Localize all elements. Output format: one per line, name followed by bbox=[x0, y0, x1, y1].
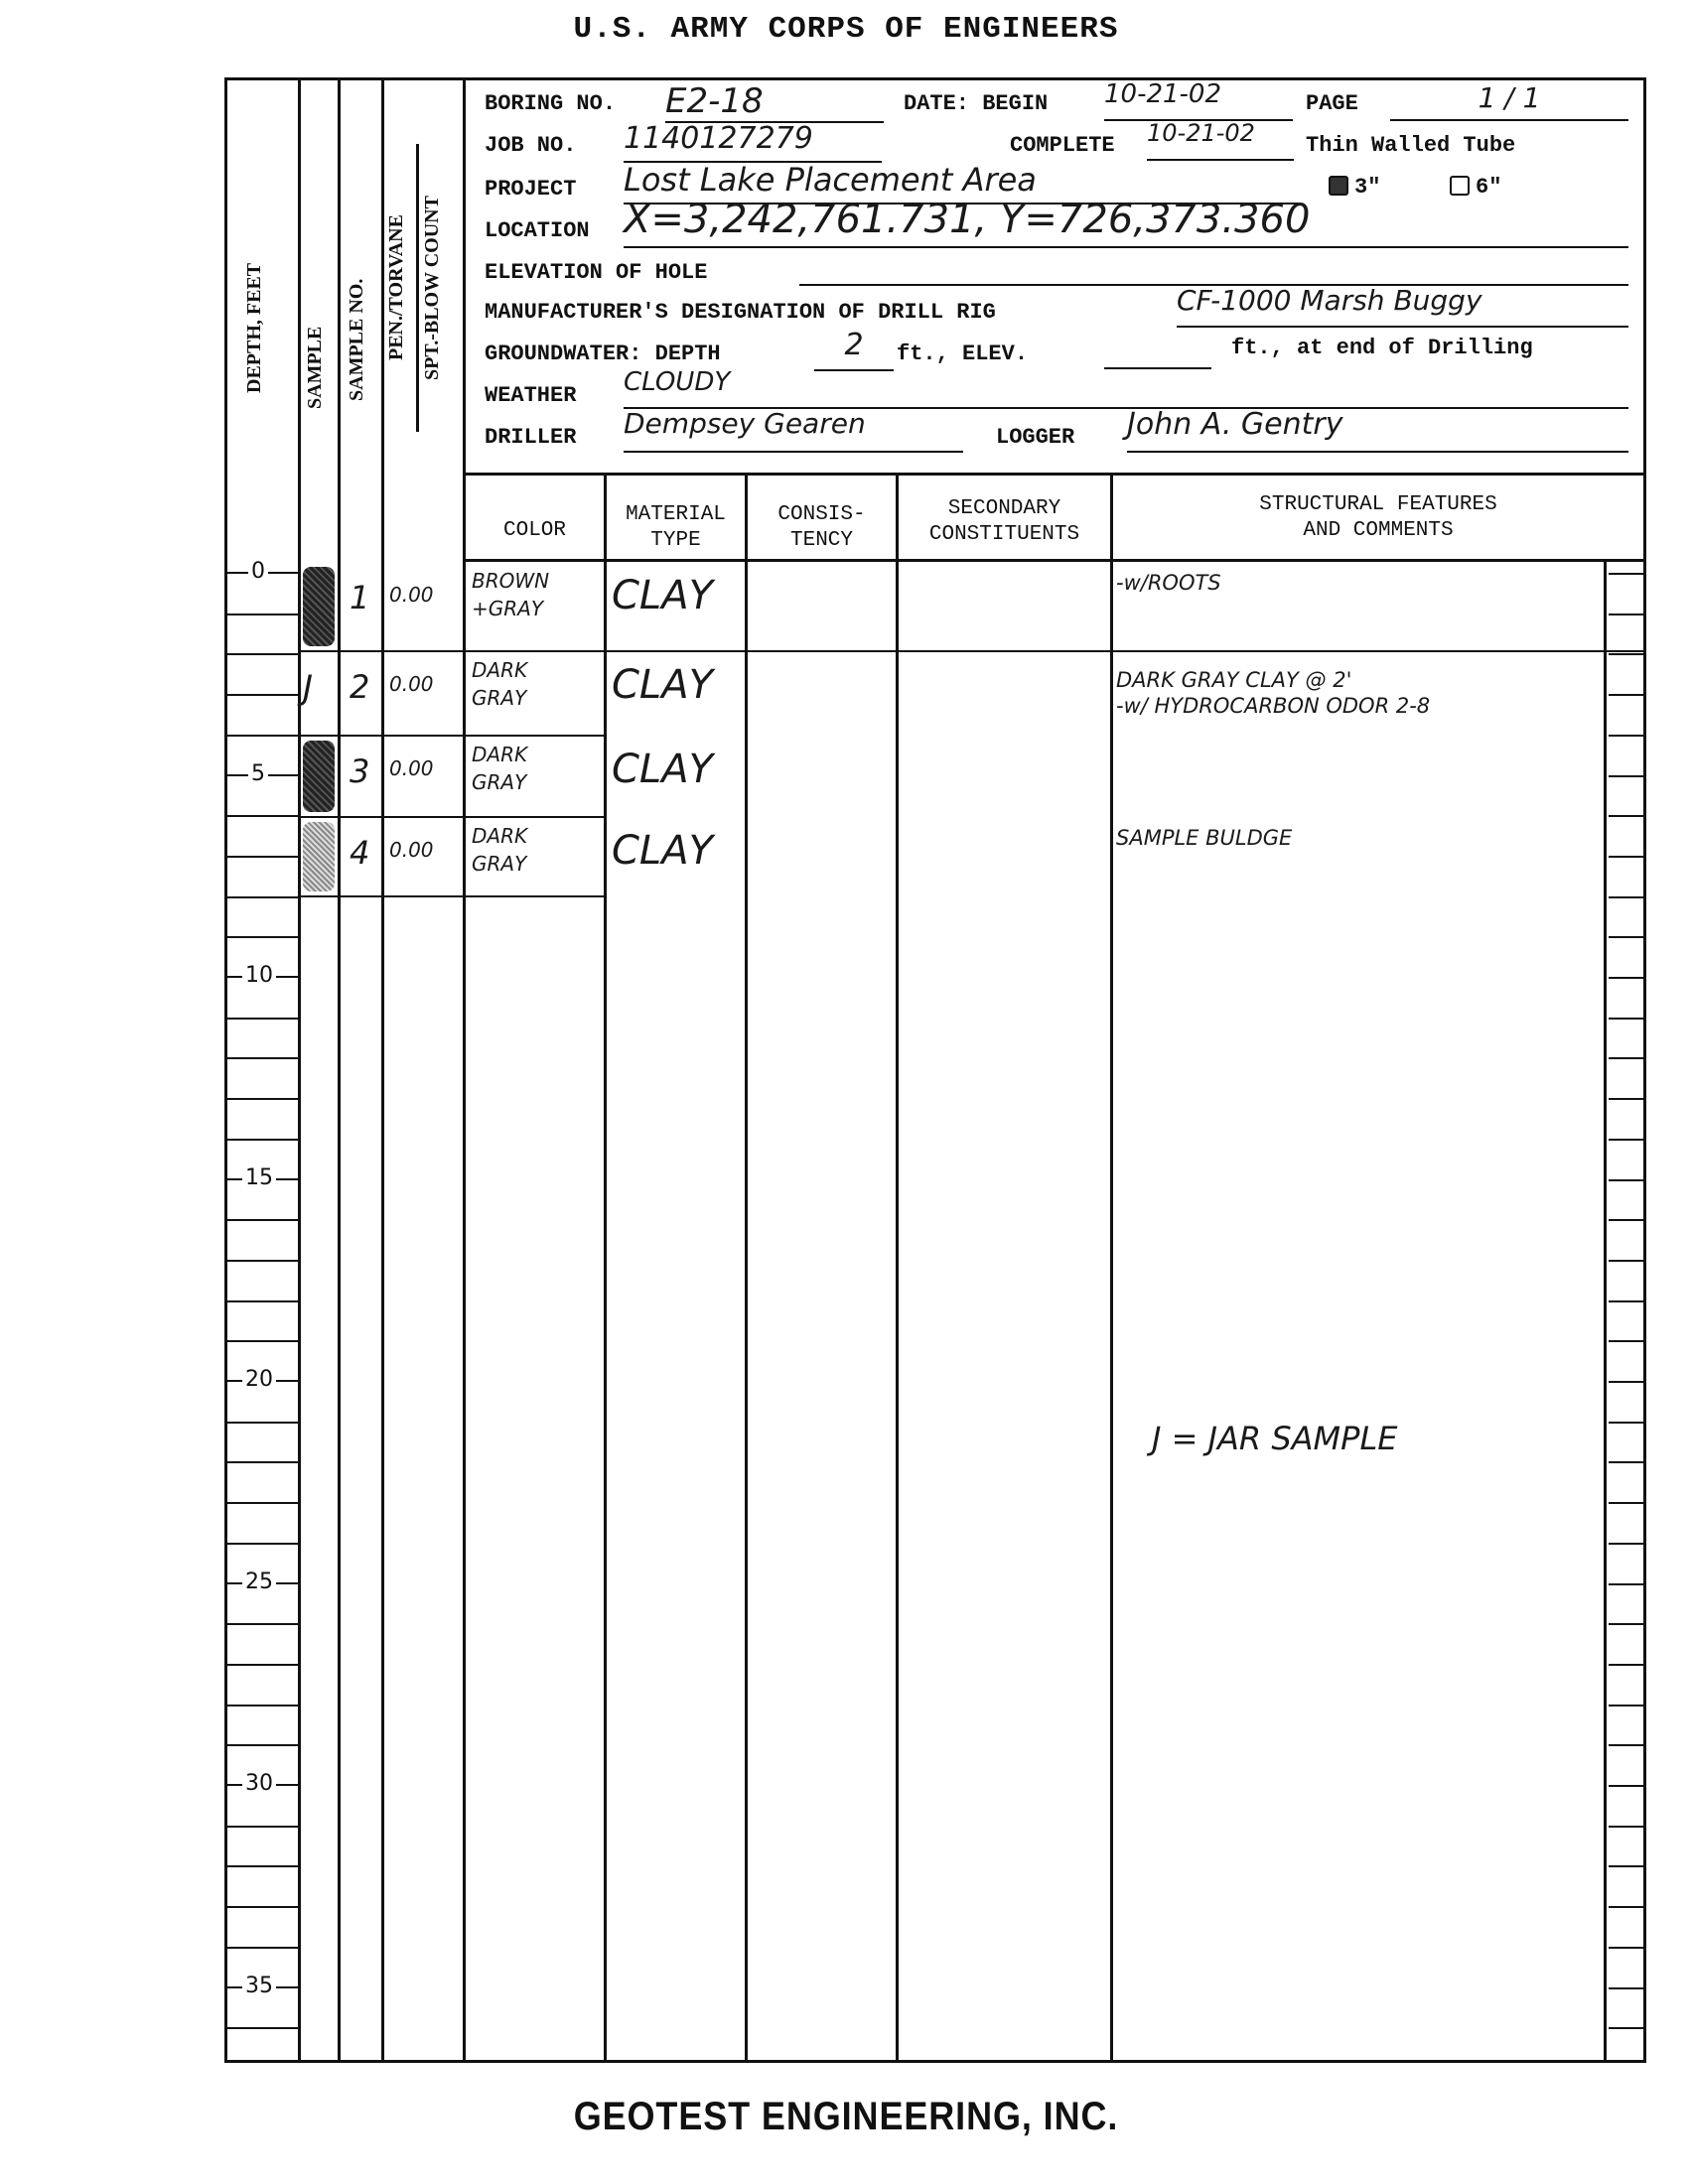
right-scale-tick bbox=[1609, 1947, 1644, 1949]
right-scale-tick bbox=[1609, 694, 1644, 696]
right-scale-tick bbox=[1609, 1623, 1644, 1625]
table-header-bottom-line bbox=[463, 559, 1646, 562]
comment-value: -w/ROOTS bbox=[1116, 571, 1221, 595]
pen-value: 0.00 bbox=[389, 756, 434, 780]
divider-sample-sampleno bbox=[338, 77, 341, 2063]
depth-gridline bbox=[227, 1502, 298, 1504]
location-field[interactable]: X=3,242,761.731, Y=726,373.360 bbox=[624, 197, 1628, 248]
comment-value: SAMPLE BULDGE bbox=[1116, 826, 1292, 850]
elevation-label: ELEVATION OF HOLE bbox=[485, 260, 707, 285]
page-label: PAGE bbox=[1306, 91, 1358, 116]
right-scale-tick bbox=[1609, 1744, 1644, 1746]
material-value: CLAY bbox=[612, 828, 713, 874]
depth-gridline bbox=[227, 1422, 298, 1424]
depth-gridline bbox=[227, 896, 298, 898]
color-value: BROWN bbox=[472, 569, 549, 593]
depth-gridline bbox=[227, 1543, 298, 1545]
depth-gridline bbox=[227, 1744, 298, 1746]
job-no-label: JOB NO. bbox=[485, 133, 576, 158]
color-value-2: GRAY bbox=[472, 770, 526, 794]
divider-structural-scale bbox=[1604, 561, 1607, 2063]
right-scale-tick bbox=[1609, 1219, 1644, 1221]
jar-sample-note: J = JAR SAMPLE bbox=[1152, 1420, 1397, 1457]
divider-material-consistency bbox=[745, 475, 748, 2063]
color-value-2: +GRAY bbox=[472, 597, 543, 620]
right-scale-tick bbox=[1609, 1543, 1644, 1545]
depth-tick-label: 20 bbox=[242, 1367, 276, 1392]
driller-field[interactable]: Dempsey Gearen bbox=[624, 407, 963, 453]
logger-field[interactable]: John A. Gentry bbox=[1127, 407, 1628, 453]
right-scale-tick bbox=[1609, 1461, 1644, 1463]
groundwater-elev-field[interactable] bbox=[1104, 338, 1211, 369]
groundwater-depth-label: GROUNDWATER: DEPTH bbox=[485, 341, 721, 366]
header-sample: SAMPLE bbox=[304, 308, 334, 427]
header-spt-blow-count: SPT.-BLOW COUNT bbox=[421, 144, 449, 432]
agency-title: U.S. ARMY CORPS OF ENGINEERS bbox=[0, 12, 1692, 47]
right-scale-tick bbox=[1609, 653, 1644, 655]
weather-label: WEATHER bbox=[485, 383, 576, 408]
sample-number: 2 bbox=[350, 668, 369, 706]
right-scale-tick bbox=[1609, 1260, 1644, 1262]
pen-value: 0.00 bbox=[389, 838, 434, 862]
groundwater-elev-label: ft., ELEV. bbox=[897, 341, 1028, 366]
drill-rig-label: MANUFACTURER'S DESIGNATION OF DRILL RIG bbox=[485, 300, 996, 325]
depth-gridline bbox=[227, 1906, 298, 1908]
depth-gridline bbox=[227, 1826, 298, 1828]
color-value-2: GRAY bbox=[472, 852, 526, 876]
right-scale-tick bbox=[1609, 977, 1644, 979]
depth-gridline bbox=[227, 1865, 298, 1867]
elevation-field[interactable] bbox=[799, 254, 1628, 286]
divider-pen-main bbox=[463, 77, 466, 2063]
sample-mark: J bbox=[303, 668, 313, 708]
color-value-2: GRAY bbox=[472, 686, 526, 710]
depth-gridline bbox=[227, 2027, 298, 2029]
depth-gridline bbox=[227, 1461, 298, 1463]
sample-row-divider bbox=[298, 816, 606, 818]
depth-gridline bbox=[227, 1018, 298, 1020]
right-scale-tick bbox=[1609, 1826, 1644, 1828]
depth-tick-label: 10 bbox=[242, 963, 276, 988]
drill-rig-field[interactable]: CF-1000 Marsh Buggy bbox=[1177, 284, 1628, 328]
divider-color-material bbox=[604, 475, 607, 2063]
boring-no-label: BORING NO. bbox=[485, 91, 616, 116]
depth-gridline bbox=[227, 1260, 298, 1262]
driller-label: DRILLER bbox=[485, 425, 576, 450]
right-scale-tick bbox=[1609, 1785, 1644, 1787]
depth-gridline bbox=[227, 1664, 298, 1666]
sample-number: 1 bbox=[350, 579, 369, 616]
depth-gridline bbox=[227, 1219, 298, 1221]
company-footer: GEOTEST ENGINEERING, INC. bbox=[84, 2095, 1608, 2139]
date-complete-field[interactable]: 10-21-02 bbox=[1147, 119, 1294, 161]
divider-sampleno-pen bbox=[381, 77, 384, 2063]
right-scale-tick bbox=[1609, 1381, 1644, 1383]
table-header-top-line bbox=[463, 473, 1646, 476]
sample-row-divider bbox=[298, 650, 1644, 652]
depth-gridline bbox=[227, 1139, 298, 1141]
pen-value: 0.00 bbox=[389, 583, 434, 607]
page-field[interactable]: 1 / 1 bbox=[1390, 81, 1628, 121]
depth-gridline bbox=[227, 614, 298, 615]
right-scale-tick bbox=[1609, 1664, 1644, 1666]
right-scale-tick bbox=[1609, 735, 1644, 737]
col-header-structural: STRUCTURAL FEATURESAND COMMENTS bbox=[1113, 492, 1643, 544]
sample-row-divider bbox=[298, 895, 606, 897]
right-scale-tick bbox=[1609, 1422, 1644, 1424]
depth-gridline bbox=[227, 936, 298, 938]
col-header-consistency: CONSIS-TENCY bbox=[748, 502, 896, 554]
right-scale-tick bbox=[1609, 573, 1644, 575]
depth-gridline bbox=[227, 1623, 298, 1625]
right-scale-tick bbox=[1609, 775, 1644, 777]
col-header-secondary: SECONDARYCONSTITUENTS bbox=[899, 496, 1110, 548]
checkbox-6in-icon[interactable] bbox=[1450, 176, 1470, 196]
right-scale-tick bbox=[1609, 1098, 1644, 1100]
col-header-material: MATERIALTYPE bbox=[607, 502, 745, 554]
divider-secondary-structural bbox=[1110, 475, 1113, 2063]
depth-tick-label: 0 bbox=[248, 559, 268, 584]
sample-recovery-marker bbox=[303, 822, 335, 891]
sample-number: 4 bbox=[350, 834, 369, 872]
right-scale-tick bbox=[1609, 2027, 1644, 2029]
right-scale-tick bbox=[1609, 856, 1644, 858]
complete-label: COMPLETE bbox=[1010, 133, 1115, 158]
color-value: DARK bbox=[472, 743, 527, 766]
material-value: CLAY bbox=[612, 573, 713, 618]
divider-depth-sample bbox=[298, 77, 301, 2063]
right-scale-tick bbox=[1609, 1300, 1644, 1302]
depth-gridline bbox=[227, 815, 298, 817]
right-scale-tick bbox=[1609, 1018, 1644, 1020]
header-depth: DEPTH, FEET bbox=[243, 228, 273, 427]
depth-gridline bbox=[227, 856, 298, 858]
material-value: CLAY bbox=[612, 747, 713, 792]
right-scale-tick bbox=[1609, 1865, 1644, 1867]
logger-label: LOGGER bbox=[996, 425, 1074, 450]
depth-gridline bbox=[227, 1057, 298, 1059]
pen-value: 0.00 bbox=[389, 672, 434, 696]
sample-number: 3 bbox=[350, 752, 369, 790]
right-scale-tick bbox=[1609, 1340, 1644, 1342]
weather-field[interactable]: CLOUDY bbox=[624, 367, 1628, 409]
right-scale-tick bbox=[1609, 1057, 1644, 1059]
depth-gridline bbox=[227, 694, 298, 696]
pen-spt-divider bbox=[416, 144, 419, 432]
right-scale-tick bbox=[1609, 896, 1644, 898]
location-label: LOCATION bbox=[485, 218, 590, 243]
date-begin-label: DATE: BEGIN bbox=[904, 91, 1048, 116]
project-label: PROJECT bbox=[485, 177, 576, 202]
divider-consistency-secondary bbox=[896, 475, 899, 2063]
groundwater-end-label: ft., at end of Drilling bbox=[1231, 336, 1533, 360]
depth-gridline bbox=[227, 1705, 298, 1706]
right-scale-tick bbox=[1609, 1502, 1644, 1504]
right-scale-tick bbox=[1609, 1906, 1644, 1908]
tube-label: Thin Walled Tube bbox=[1306, 133, 1515, 158]
col-header-color: COLOR bbox=[466, 518, 604, 544]
depth-gridline bbox=[227, 1300, 298, 1302]
right-scale-tick bbox=[1609, 1139, 1644, 1141]
right-scale-tick bbox=[1609, 936, 1644, 938]
header-pen-torvane: PEN./TORVANE bbox=[385, 144, 413, 432]
depth-gridline bbox=[227, 735, 298, 737]
color-value: DARK bbox=[472, 824, 527, 848]
sample-row-divider bbox=[298, 735, 606, 737]
color-value: DARK bbox=[472, 658, 527, 682]
right-scale-tick bbox=[1609, 1705, 1644, 1706]
groundwater-depth-field[interactable]: 2 bbox=[814, 328, 894, 371]
comment-value: DARK GRAY CLAY @ 2' bbox=[1116, 668, 1351, 692]
depth-tick-label: 5 bbox=[248, 761, 268, 786]
depth-tick-label: 25 bbox=[242, 1570, 276, 1594]
depth-tick-label: 30 bbox=[242, 1771, 276, 1796]
right-scale-tick bbox=[1609, 614, 1644, 615]
job-no-field[interactable]: 1140127279 bbox=[624, 121, 882, 163]
depth-gridline bbox=[227, 653, 298, 655]
header-sample-no: SAMPLE NO. bbox=[346, 253, 375, 427]
sample-recovery-marker bbox=[303, 567, 335, 646]
right-scale-tick bbox=[1609, 815, 1644, 817]
right-scale-tick bbox=[1609, 1179, 1644, 1181]
depth-tick-label: 35 bbox=[242, 1974, 276, 1998]
right-scale-tick bbox=[1609, 1987, 1644, 1989]
depth-gridline bbox=[227, 1098, 298, 1100]
right-scale-tick bbox=[1609, 1583, 1644, 1585]
depth-gridline bbox=[227, 1947, 298, 1949]
sample-recovery-marker bbox=[303, 741, 335, 812]
comment-value-2: -w/ HYDROCARBON ODOR 2-8 bbox=[1116, 694, 1430, 718]
depth-gridline bbox=[227, 1340, 298, 1342]
date-begin-field[interactable]: 10-21-02 bbox=[1104, 79, 1293, 121]
checkbox-3in-checked-icon[interactable] bbox=[1329, 176, 1348, 196]
boring-no-field[interactable]: E2-18 bbox=[665, 81, 884, 123]
depth-tick-label: 15 bbox=[242, 1165, 276, 1190]
material-value: CLAY bbox=[612, 662, 713, 708]
